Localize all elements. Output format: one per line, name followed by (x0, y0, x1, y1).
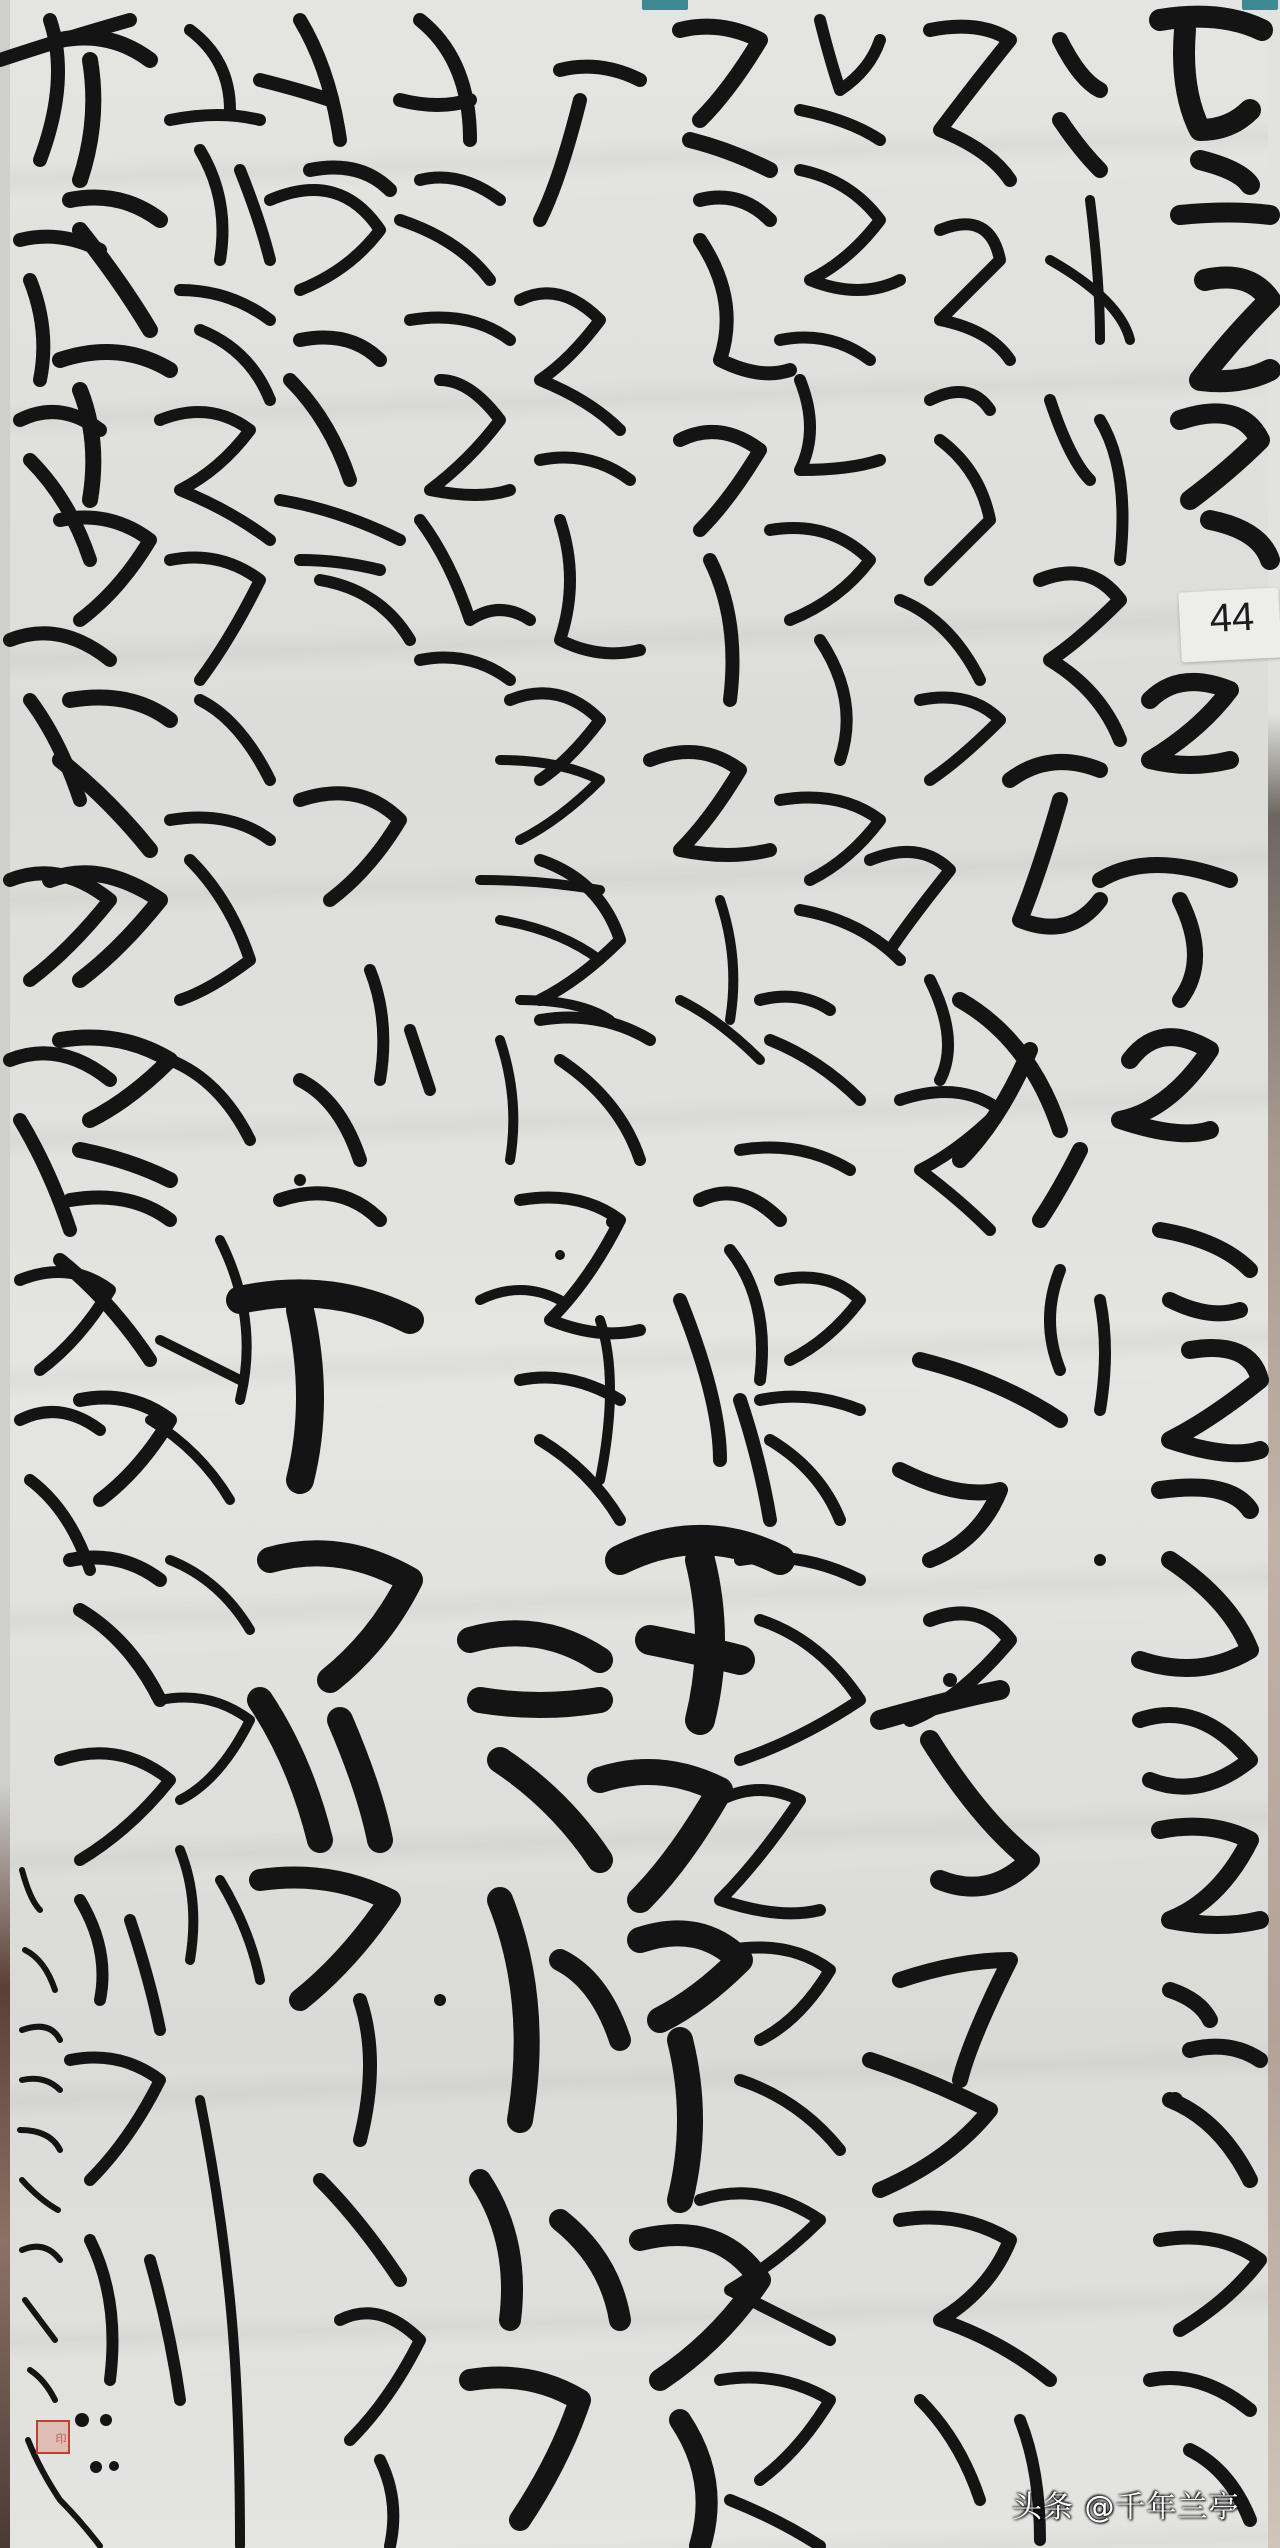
photo: 44 印 头条 @千年兰亭 (0, 0, 1280, 2548)
red-seal-stamp: 印 (36, 2420, 70, 2454)
calligraphy-ink-strokes (0, 0, 1280, 2548)
seal-text: 印 (39, 2422, 67, 2452)
lot-number-label: 44 (1209, 595, 1256, 642)
watermark: 头条 @千年兰亭 (1012, 2482, 1240, 2526)
lot-number-tag: 44 (1178, 587, 1280, 662)
